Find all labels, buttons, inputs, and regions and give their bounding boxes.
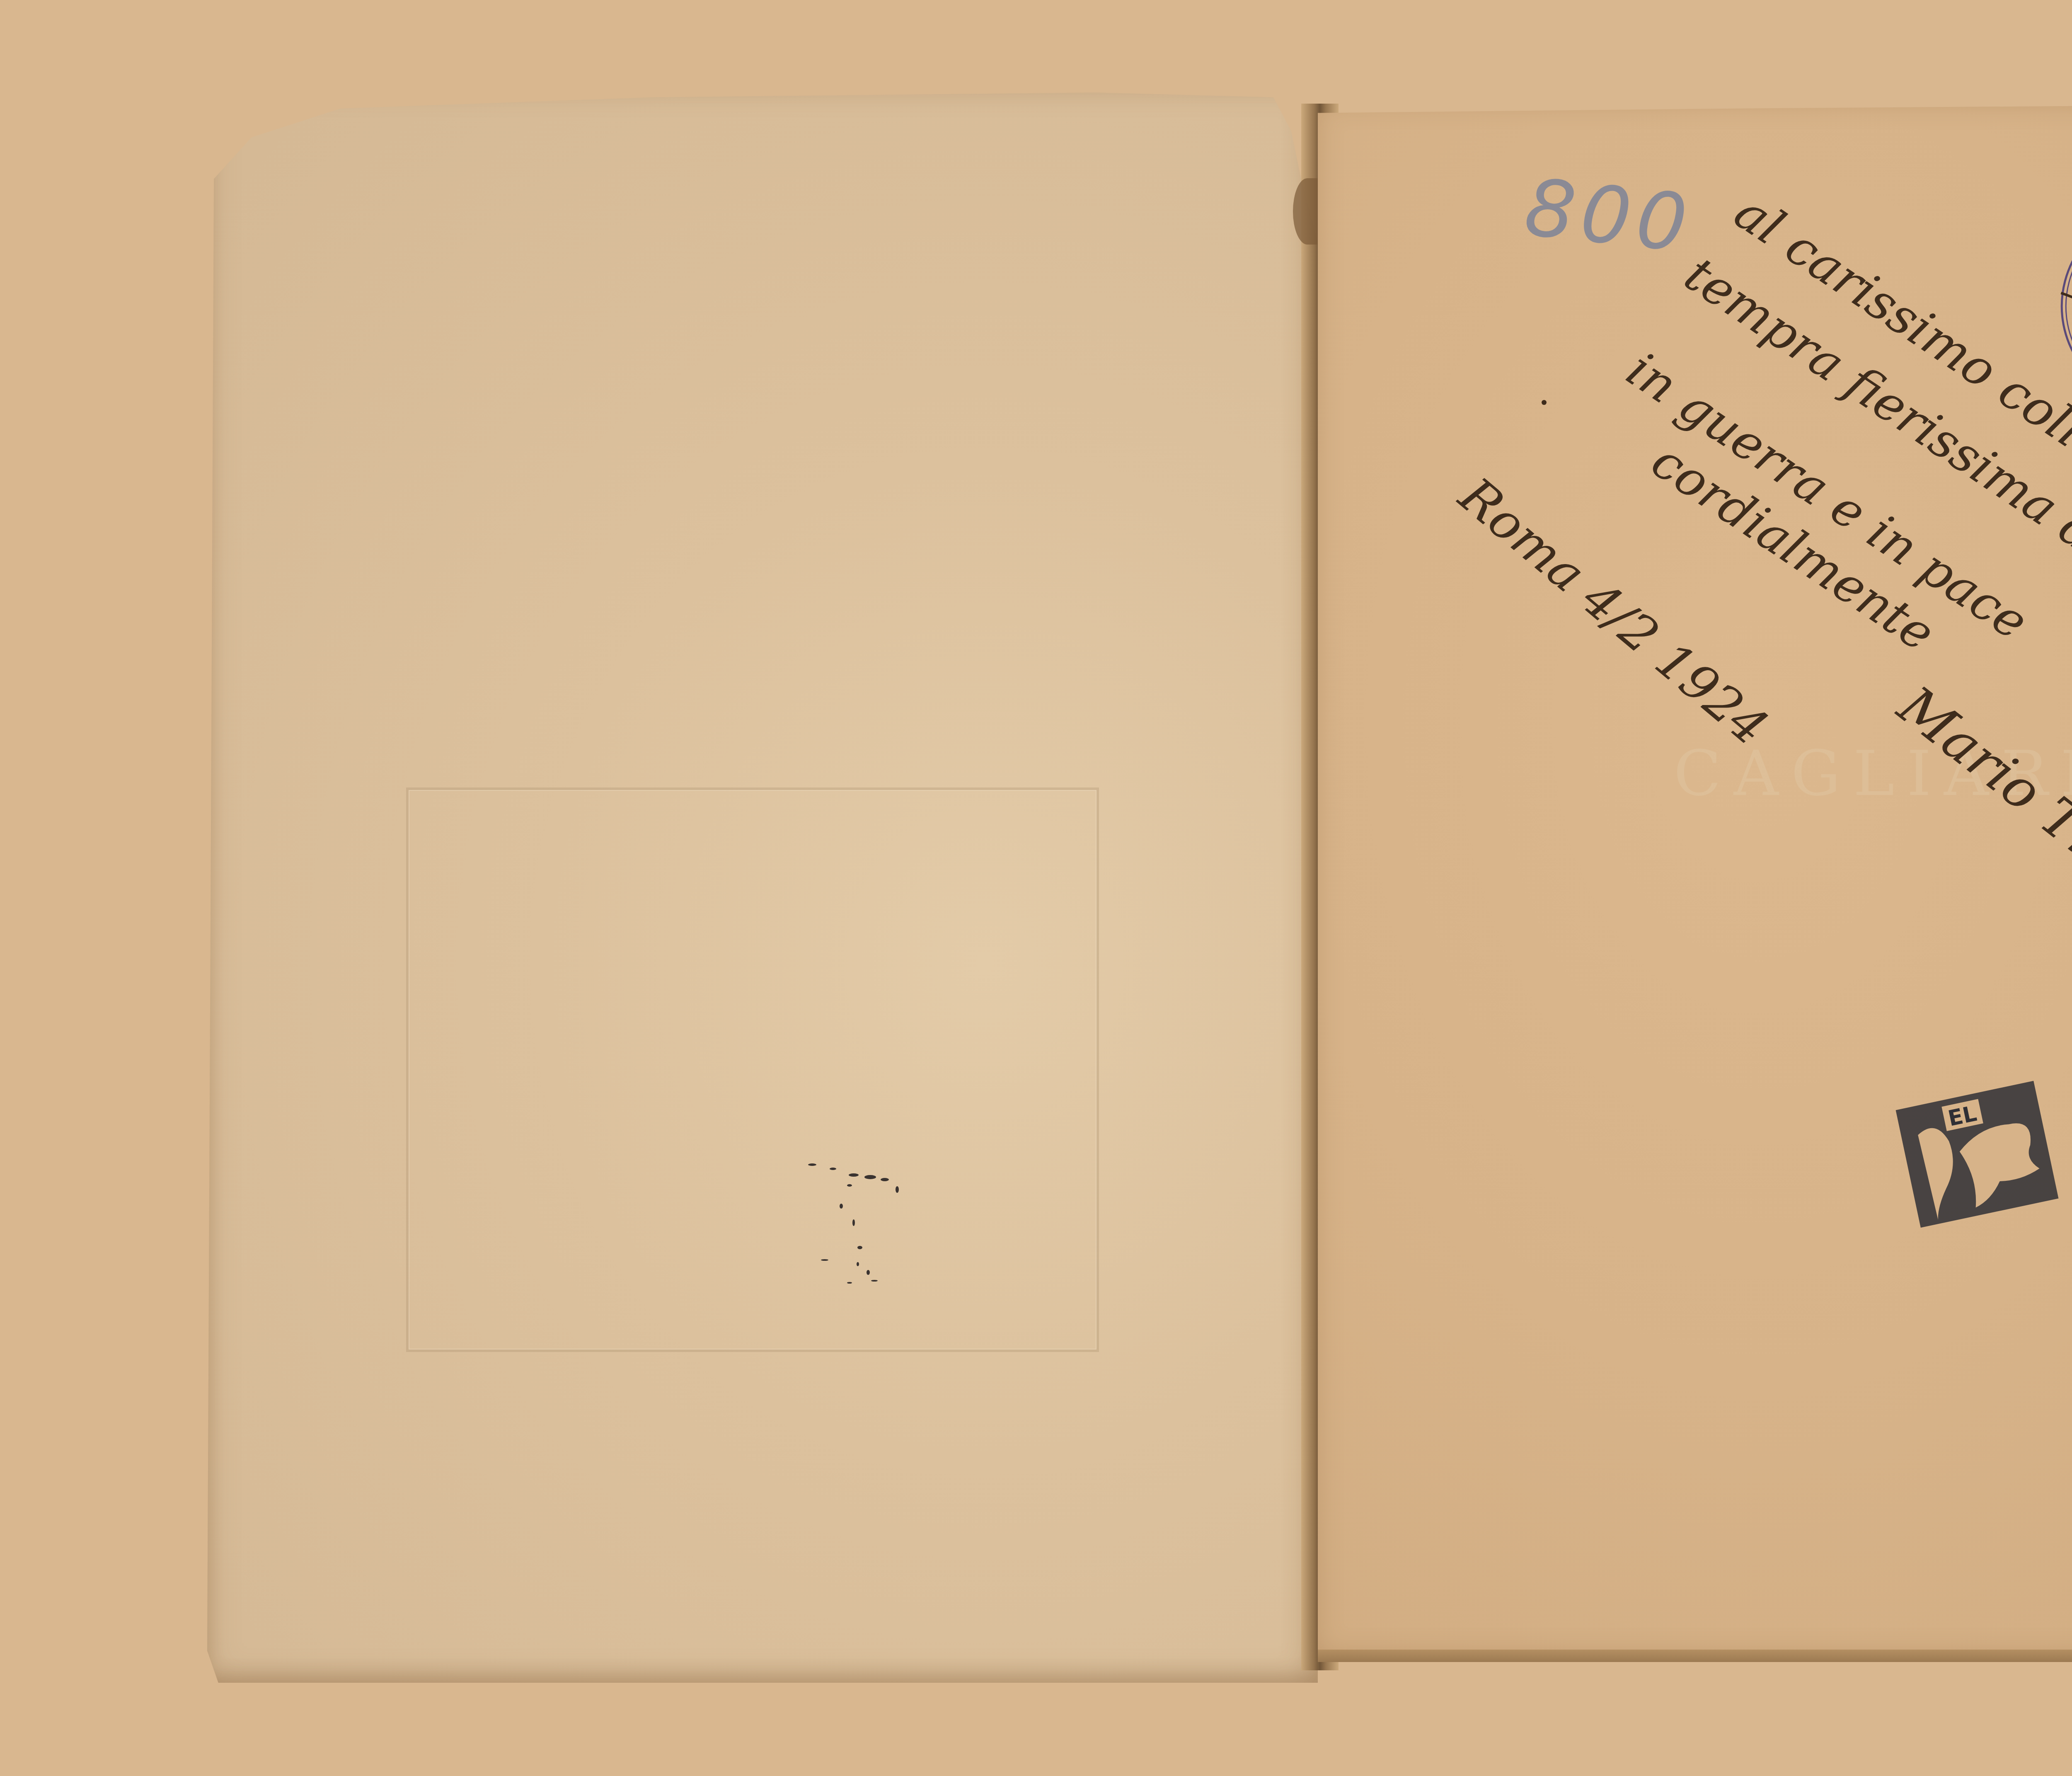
stamp-inner-text: SCUOLA DI SPECIALIZZAZIONE IN STUDI SARD… xyxy=(2041,180,2072,388)
ink-dot xyxy=(1542,400,1547,405)
right-page-flyleaf: CAGLIARI 800 al carissimo collega Luigi … xyxy=(1318,104,2072,1654)
left-page-inside-cover xyxy=(207,83,1318,1683)
gutter-tear xyxy=(1293,178,1322,245)
plate-mark xyxy=(406,787,1099,1352)
library-stamp: EL xyxy=(1890,1073,2064,1231)
open-book: CAGLIARI 800 al carissimo collega Luigi … xyxy=(0,0,2072,1776)
pencil-price-note: 800 xyxy=(1521,161,1697,270)
svg-text:SCUOLA DI SPECIALIZZAZIONE IN: SCUOLA DI SPECIALIZZAZIONE IN STUDI SARD… xyxy=(2041,180,2072,388)
ink-specks xyxy=(787,1152,937,1289)
page-block-edge xyxy=(1318,1650,2072,1662)
